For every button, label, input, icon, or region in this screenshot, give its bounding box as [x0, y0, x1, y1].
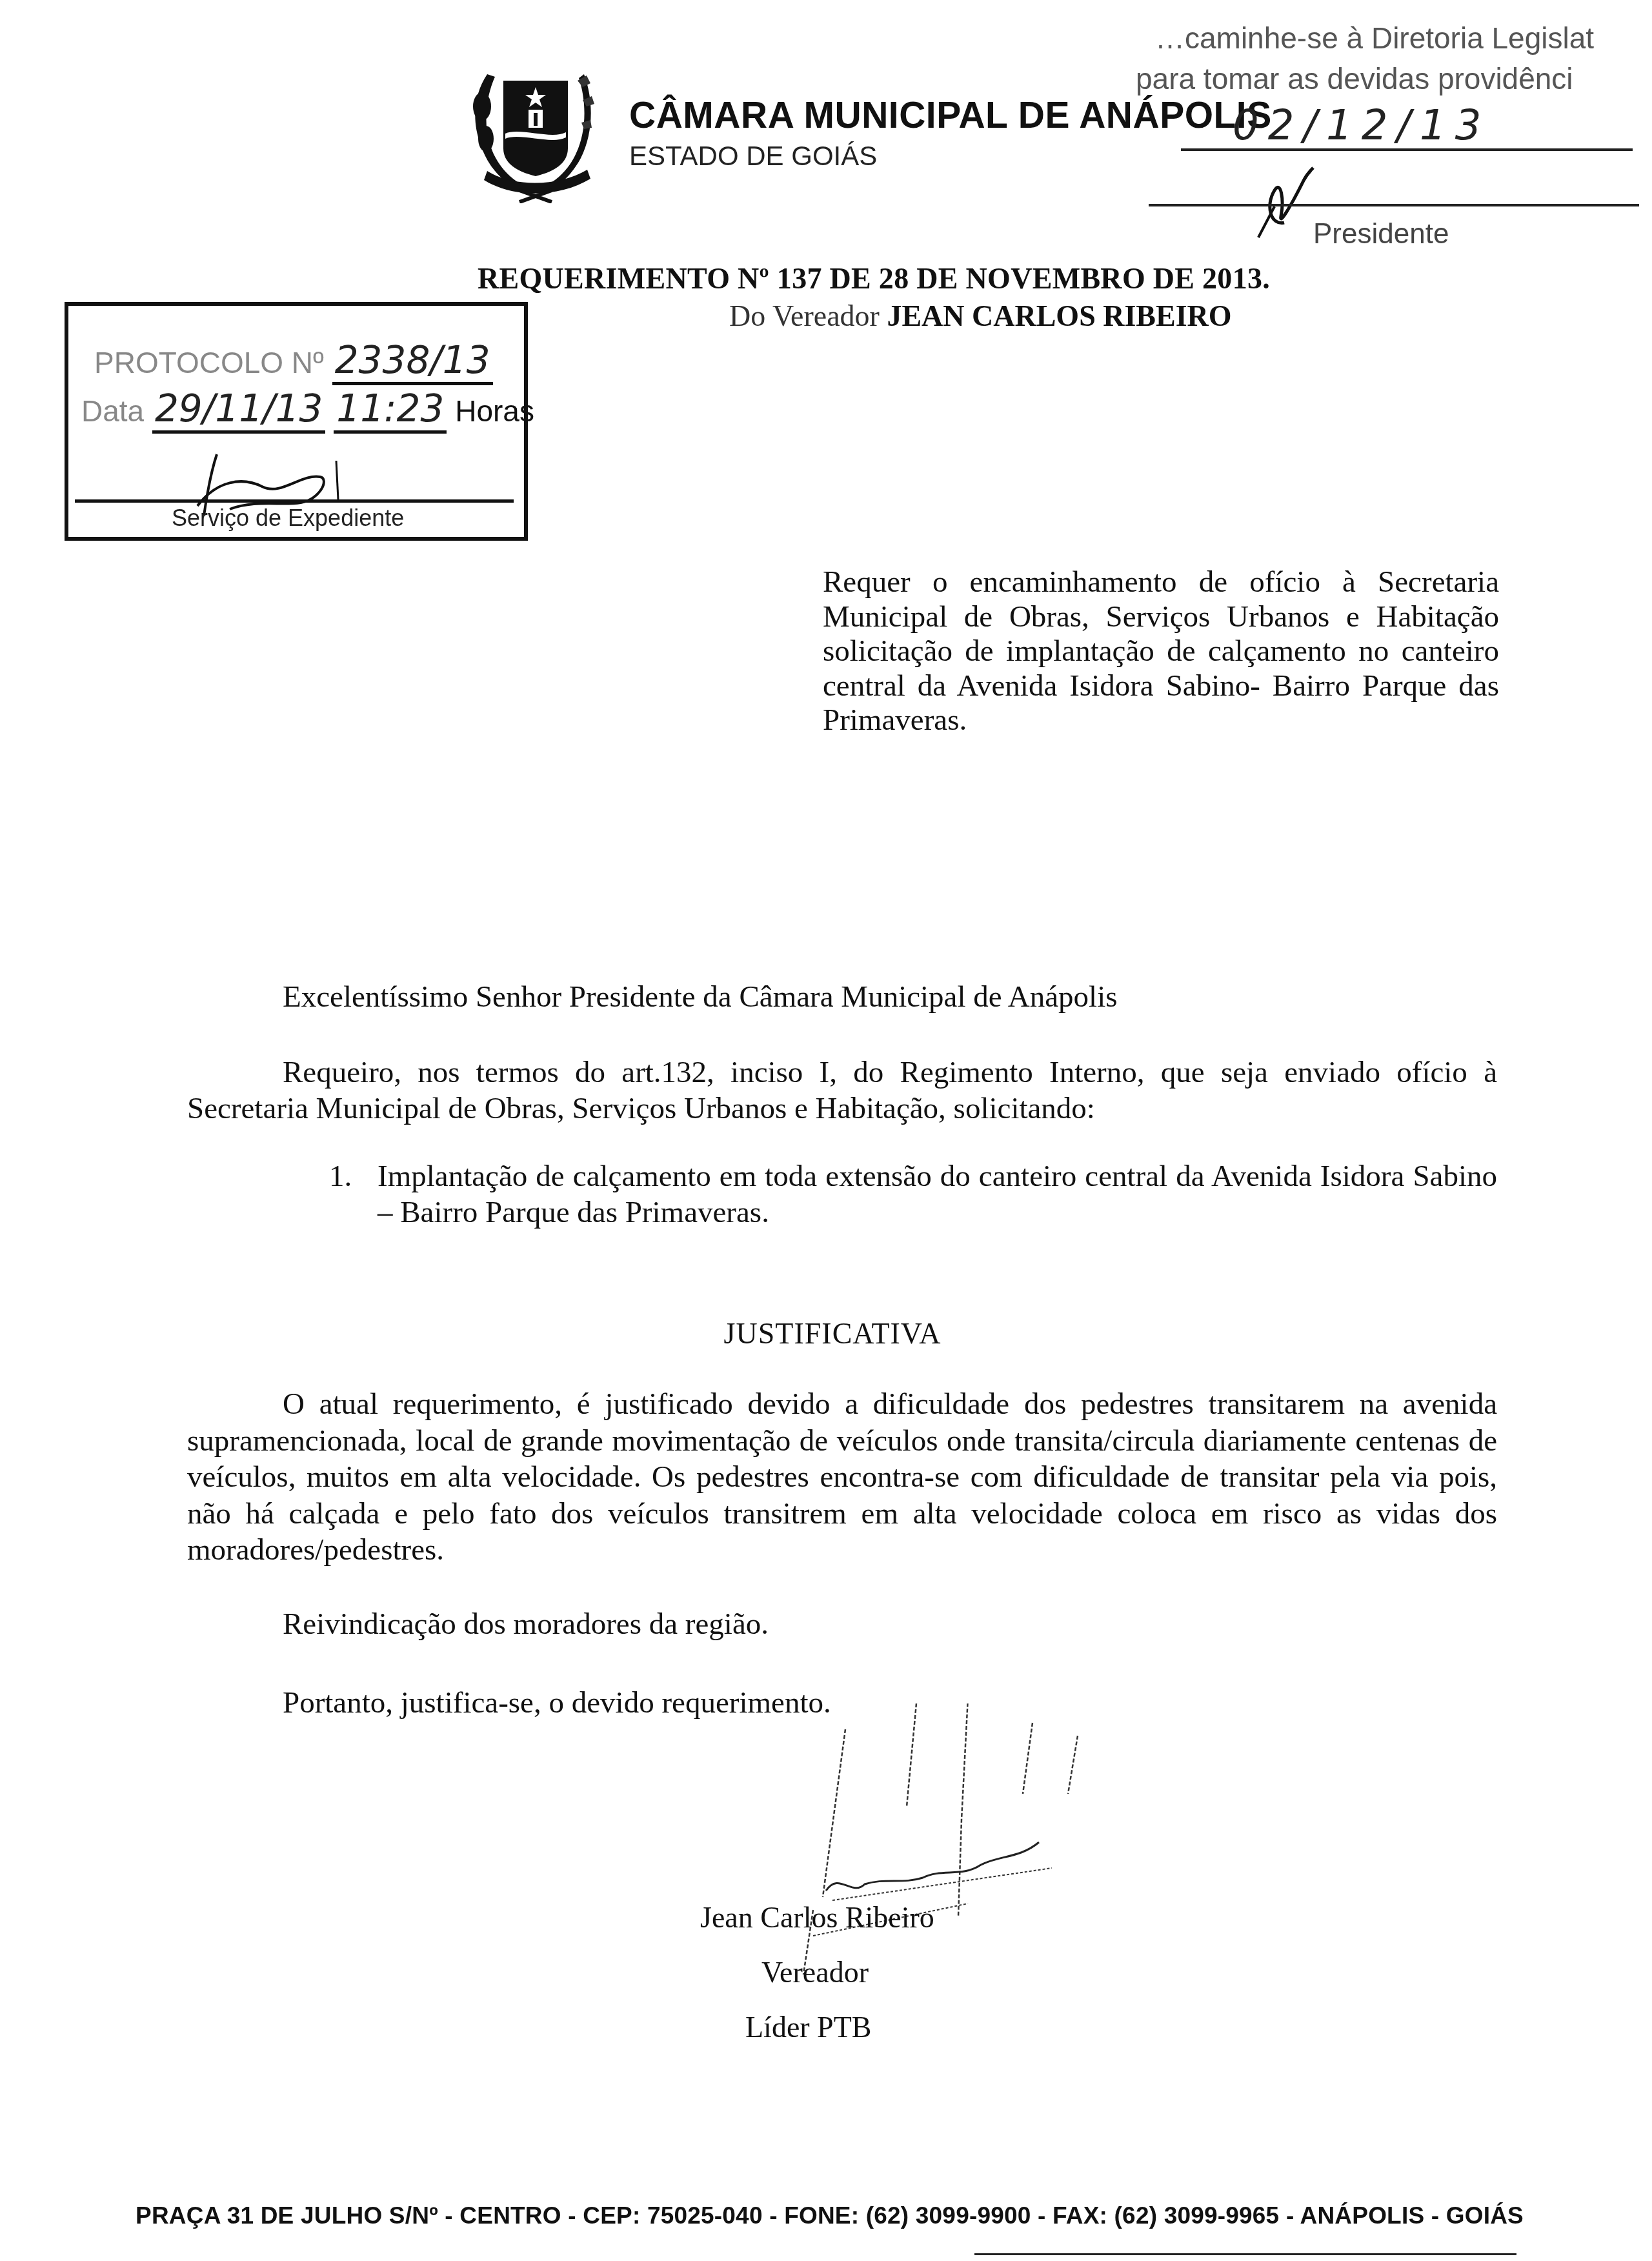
closing-statement: Portanto, justifica-se, o devido requeri… — [283, 1685, 831, 1720]
justification-paragraph: O atual requerimento, é justificado devi… — [187, 1386, 1497, 1569]
request-summary: Requer o encaminhamento de ofício à Secr… — [823, 565, 1499, 738]
dispatch-instruction-line1: …caminhe-se à Diretoria Legislat — [1155, 21, 1594, 55]
salutation: Excelentíssimo Senhor Presidente da Câma… — [283, 980, 1118, 1014]
coat-of-arms-icon — [468, 61, 603, 203]
protocol-time: 11:23 — [334, 387, 447, 434]
president-signature-icon — [1245, 161, 1316, 239]
signatory-role: Vereador — [761, 1955, 869, 1989]
protocol-department: Serviço de Expediente — [172, 505, 404, 532]
protocol-signature-rule — [75, 499, 514, 503]
residents-claim: Reivindicação dos moradores da região. — [283, 1607, 769, 1642]
list-item: 1. Implantação de calçamento em toda ext… — [329, 1158, 1497, 1231]
justification-heading: JUSTIFICATIVA — [0, 1316, 1652, 1351]
dispatch-instruction-line2: para tomar as devidas providênci — [1136, 61, 1573, 96]
protocol-date-label: Data — [81, 394, 144, 428]
request-paragraph: Requeiro, nos termos do art.132, inciso … — [187, 1054, 1497, 1127]
list-item-text: Implantação de calçamento em toda extens… — [378, 1158, 1497, 1231]
protocol-date-row: Data 29/11/13 11:23 Horas — [81, 387, 534, 430]
protocol-number: 2338/13 — [332, 338, 493, 385]
dispatch-signatory: Presidente — [1313, 218, 1449, 250]
dispatch-date: 02/12/13 — [1233, 102, 1490, 150]
dispatch-stamp: …caminhe-se à Diretoria Legislat para to… — [1136, 13, 1652, 258]
footer-rule — [974, 2253, 1516, 2255]
dispatch-date-rule — [1181, 148, 1633, 151]
institution-state: ESTADO DE GOIÁS — [629, 141, 877, 172]
dispatch-signature-rule — [1149, 204, 1639, 206]
list-item-number: 1. — [329, 1158, 352, 1194]
protocol-stamp: PROTOCOLO Nº 2338/13 Data 29/11/13 11:23… — [65, 302, 528, 541]
protocol-date: 29/11/13 — [152, 387, 326, 434]
document-title: REQUERIMENTO Nº 137 DE 28 DE NOVEMBRO DE… — [478, 261, 1270, 296]
protocol-time-label: Horas — [455, 394, 534, 428]
signatory-name: Jean Carlos Ribeiro — [700, 1900, 934, 1934]
footer-address: PRAÇA 31 DE JULHO S/Nº - CENTRO - CEP: 7… — [136, 2202, 1524, 2229]
protocol-label: PROTOCOLO Nº — [94, 346, 324, 379]
protocol-number-row: PROTOCOLO Nº 2338/13 — [94, 338, 493, 382]
author-name: JEAN CARLOS RIBEIRO — [887, 299, 1231, 332]
author-prefix: Do Vereador — [729, 299, 880, 332]
signatory-party: Líder PTB — [745, 2010, 871, 2044]
document-author: Do Vereador JEAN CARLOS RIBEIRO — [729, 299, 1232, 333]
